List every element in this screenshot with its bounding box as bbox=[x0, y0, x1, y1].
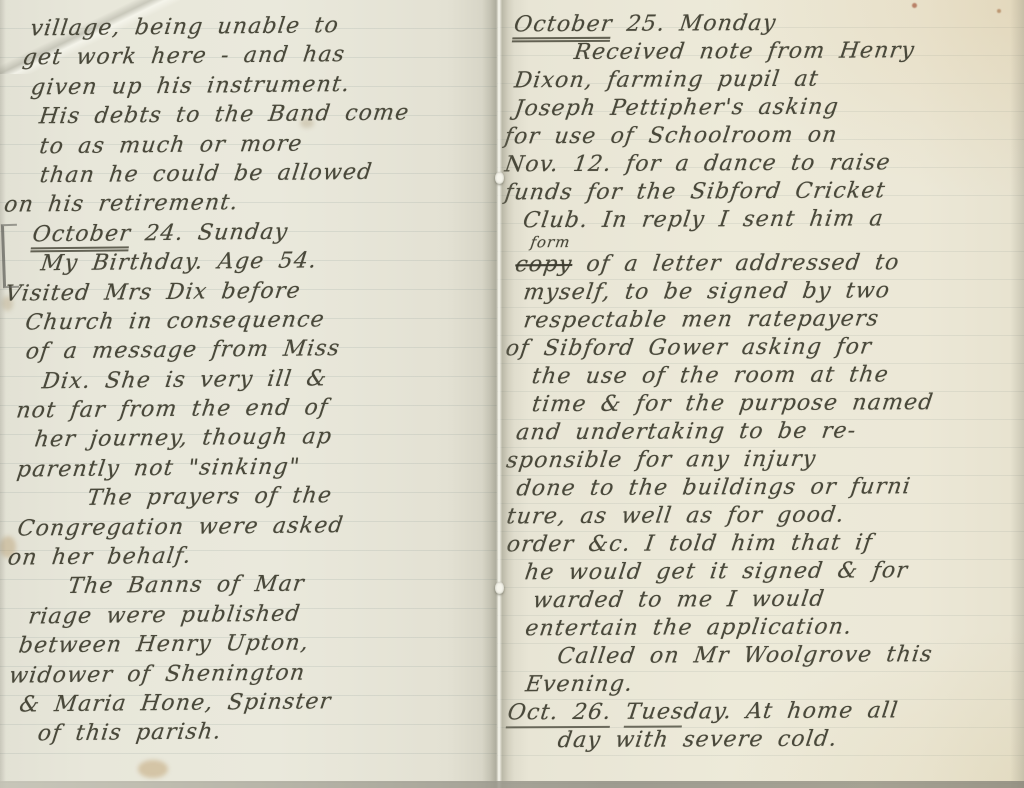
diary-line: time & for the purpose named bbox=[530, 389, 1023, 420]
diary-line: the use of the room at the bbox=[530, 361, 1023, 392]
diary-line: Joseph Pettipher's asking bbox=[513, 93, 1022, 124]
diary-line: he would get it signed & for bbox=[523, 557, 1024, 588]
diary-line: The Banns of Mar bbox=[66, 568, 500, 602]
diary-line: done to the buildings or furni bbox=[515, 473, 1024, 504]
margin-bracket-pencil-mark bbox=[1, 224, 19, 289]
diary-line: entertain the application. bbox=[523, 613, 1024, 644]
diary-line: on his retirement. bbox=[2, 186, 496, 221]
diary-line: order &c. I told him that if bbox=[505, 529, 1024, 560]
diary-line: sponsible for any injury bbox=[504, 445, 1023, 476]
diary-scan: village, being unable to get work here -… bbox=[0, 0, 1024, 788]
diary-line: of this parish. bbox=[36, 715, 502, 749]
diary-line: Dixon, farming pupil at bbox=[512, 65, 1021, 96]
stain bbox=[138, 760, 168, 778]
diary-line: Received note from Henry bbox=[572, 37, 1021, 67]
diary-line: between Henry Upton, bbox=[17, 627, 501, 661]
left-page-text: village, being unable to get work here -… bbox=[20, 10, 498, 750]
diary-line: Club. In reply I sent him a bbox=[521, 205, 1022, 236]
diary-line: of a message from Miss bbox=[24, 333, 498, 367]
underlined-date-word: October bbox=[512, 12, 615, 43]
diary-line: His debts to the Band come bbox=[37, 98, 495, 132]
binding-stitch bbox=[495, 582, 504, 594]
diary-line: Nov. 12. for a dance to raise bbox=[503, 149, 1022, 180]
binding-stitch bbox=[495, 172, 504, 184]
diary-line: funds for the Sibford Cricket bbox=[503, 177, 1022, 208]
struck-word: copy bbox=[514, 252, 574, 277]
diary-line: her journey, though ap bbox=[33, 421, 499, 455]
diary-line: ture, as well as for good. bbox=[505, 501, 1024, 532]
diary-line: warded to me I would bbox=[531, 585, 1024, 616]
diary-line: get work here - and has bbox=[21, 39, 495, 73]
heading-rest: 24. Sunday bbox=[129, 219, 289, 246]
line-rest: of a letter addressed to bbox=[571, 250, 902, 277]
diary-line: Called on Mr Woolgrove this bbox=[556, 641, 1024, 671]
diary-line: My Birthday. Age 54. bbox=[39, 245, 497, 279]
right-page-text: October 25. Monday Received note from He… bbox=[512, 9, 1021, 756]
heading-rest: day. At home all bbox=[682, 698, 900, 724]
underlined-date: Oct. 26. bbox=[506, 700, 614, 729]
underlined-weekday-part: Tues bbox=[624, 699, 686, 727]
diary-line: for use of Schoolroom on bbox=[503, 121, 1022, 152]
underlined-date-word: October bbox=[30, 221, 132, 252]
ink-speck bbox=[912, 3, 917, 8]
diary-line: myself, to be signed by two bbox=[522, 277, 1023, 308]
entry-heading-oct-25: October 25. Monday bbox=[512, 9, 1021, 40]
diary-line: Evening. bbox=[524, 669, 1024, 700]
diary-line: The prayers of the bbox=[85, 480, 499, 514]
diary-line: respectable men ratepayers bbox=[522, 305, 1023, 336]
diary-line: day with severe cold. bbox=[556, 725, 1024, 755]
diary-line: and undertaking to be re- bbox=[514, 417, 1023, 448]
corrected-diary-line: copy of a letter addressed to bbox=[513, 249, 1022, 280]
diary-line: to as much or more bbox=[38, 127, 496, 161]
entry-heading-oct-26: Oct. 26. Tuesday. At home all bbox=[506, 697, 1024, 728]
scan-bottom-edge bbox=[0, 781, 1024, 788]
diary-line: of Sibford Gower asking for bbox=[504, 333, 1023, 364]
heading-rest: 25. Monday bbox=[611, 11, 778, 37]
